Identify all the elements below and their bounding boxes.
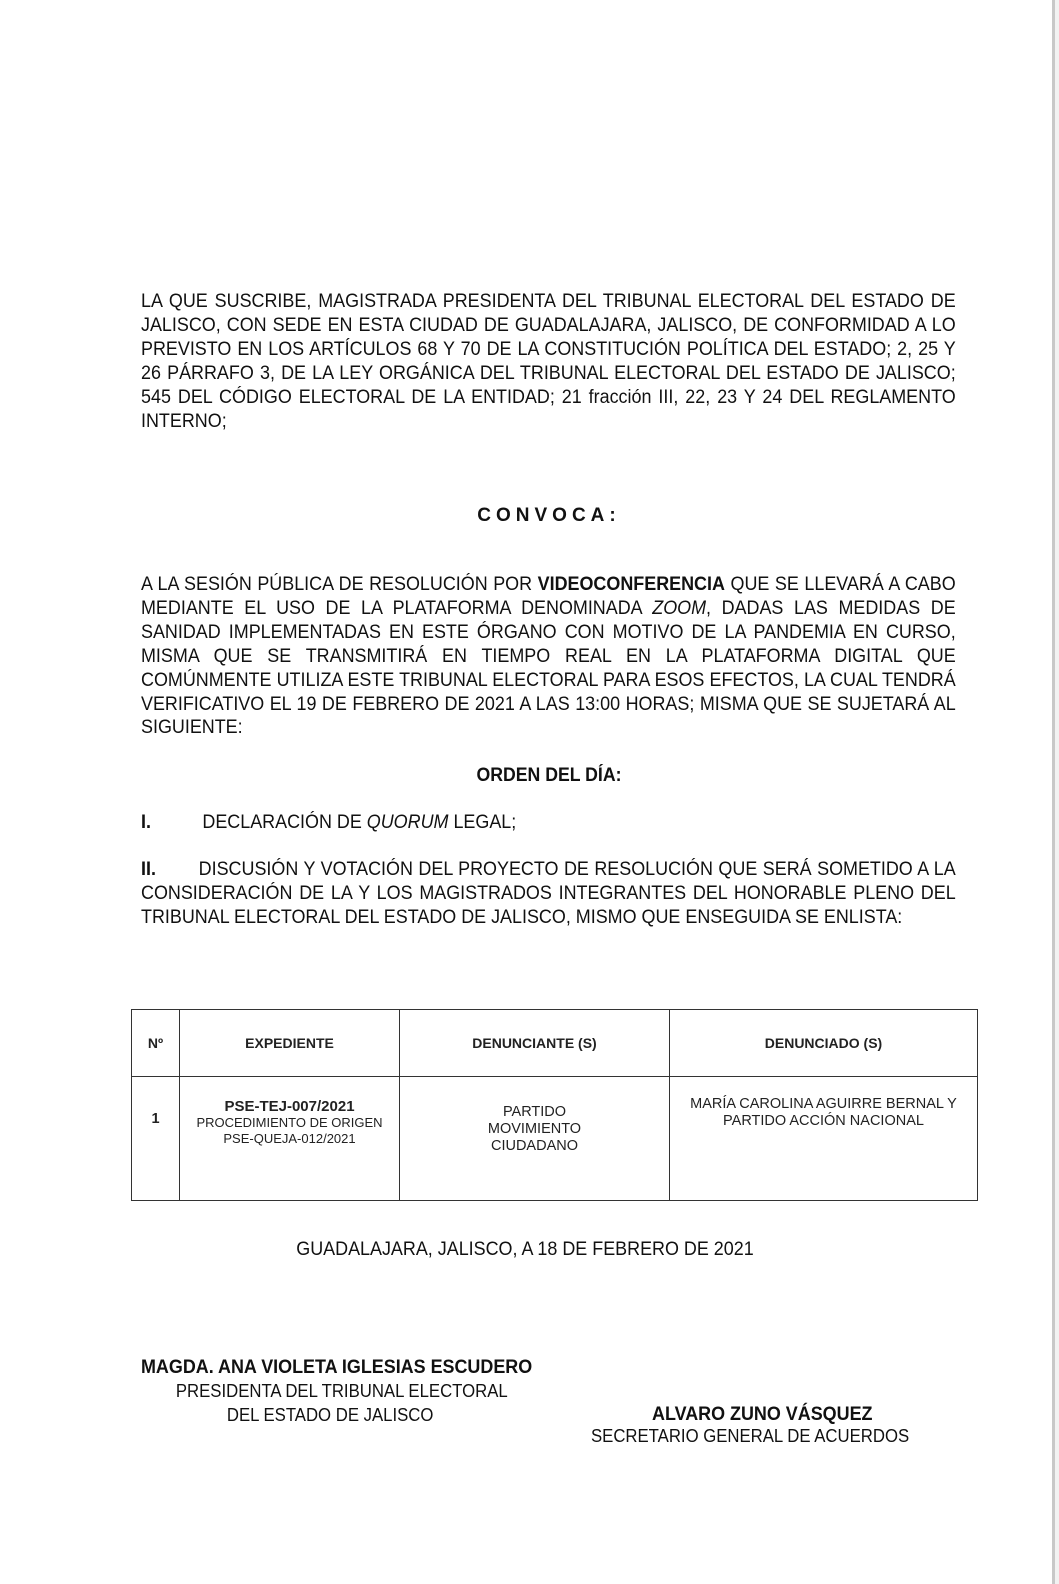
agenda-text: DECLARACIÓN DE [202,812,366,833]
cell-num: 1 [132,1077,180,1201]
orden-del-dia-heading: ORDEN DEL DÍA: [38,765,1059,787]
agenda-numeral: I. [141,812,202,834]
agenda-text: DISCUSIÓN Y VOTACIÓN DEL PROYECTO DE RES… [141,859,956,928]
origen-number: PSE-QUEJA-012/2021 [181,1131,398,1147]
table-header-row: Nº EXPEDIENTE DENUNCIANTE (S) DENUNCIADO… [132,1010,978,1077]
header-denunciado: DENUNCIADO (S) [670,1010,978,1077]
cell-denunciado: MARÍA CAROLINA AGUIRRE BERNAL Y PARTIDO … [670,1077,978,1201]
agenda-italic: QUORUM [367,812,449,833]
table-row: 1 PSE-TEJ-007/2021 PROCEDIMIENTO DE ORIG… [132,1077,978,1201]
signature-1-name: MAGDA. ANA VIOLETA IGLESIAS ESCUDERO [141,1357,532,1379]
expedientes-table: Nº EXPEDIENTE DENUNCIANTE (S) DENUNCIADO… [131,1009,978,1201]
session-italic-zoom: ZOOM [652,598,706,619]
header-denunciante: DENUNCIANTE (S) [400,1010,670,1077]
session-text-1: A LA SESIÓN PÚBLICA DE RESOLUCIÓN POR [141,574,538,595]
signature-2-title: SECRETARIO GENERAL DE ACUERDOS [591,1426,909,1447]
origen-label: PROCEDIMIENTO DE ORIGEN [181,1115,398,1131]
cell-expediente: PSE-TEJ-007/2021 PROCEDIMIENTO DE ORIGEN… [180,1077,400,1201]
date-line: GUADALAJARA, JALISCO, A 18 DE FEBRERO DE… [0,1239,1050,1261]
session-paragraph: A LA SESIÓN PÚBLICA DE RESOLUCIÓN POR VI… [141,573,956,740]
signature-2-name: ALVARO ZUNO VÁSQUEZ [652,1404,872,1426]
denunciante-text: PARTIDO MOVIMIENTO CIUDADANO [401,1078,668,1155]
agenda-item-1: I.DECLARACIÓN DE QUORUM LEGAL; [141,812,516,834]
header-num: Nº [132,1010,180,1077]
agenda-numeral: II. [141,858,199,882]
signature-1-title-line2: DEL ESTADO DE JALISCO [0,1405,660,1426]
intro-paragraph: LA QUE SUSCRIBE, MAGISTRADA PRESIDENTA D… [141,290,956,433]
signature-1-title-line1: PRESIDENTA DEL TRIBUNAL ELECTORAL [0,1381,684,1402]
denunciado-text: MARÍA CAROLINA AGUIRRE BERNAL Y PARTIDO … [671,1078,976,1130]
agenda-item-2: II.DISCUSIÓN Y VOTACIÓN DEL PROYECTO DE … [141,858,956,930]
session-bold-videoconferencia: VIDEOCONFERENCIA [538,574,725,595]
cell-denunciante: PARTIDO MOVIMIENTO CIUDADANO [400,1077,670,1201]
agenda-text-post: LEGAL; [448,812,516,833]
header-expediente: EXPEDIENTE [180,1010,400,1077]
expediente-number: PSE-TEJ-007/2021 [181,1078,398,1115]
convoca-heading: CONVOCA: [0,505,1059,527]
page-edge-shadow [1055,0,1059,1584]
